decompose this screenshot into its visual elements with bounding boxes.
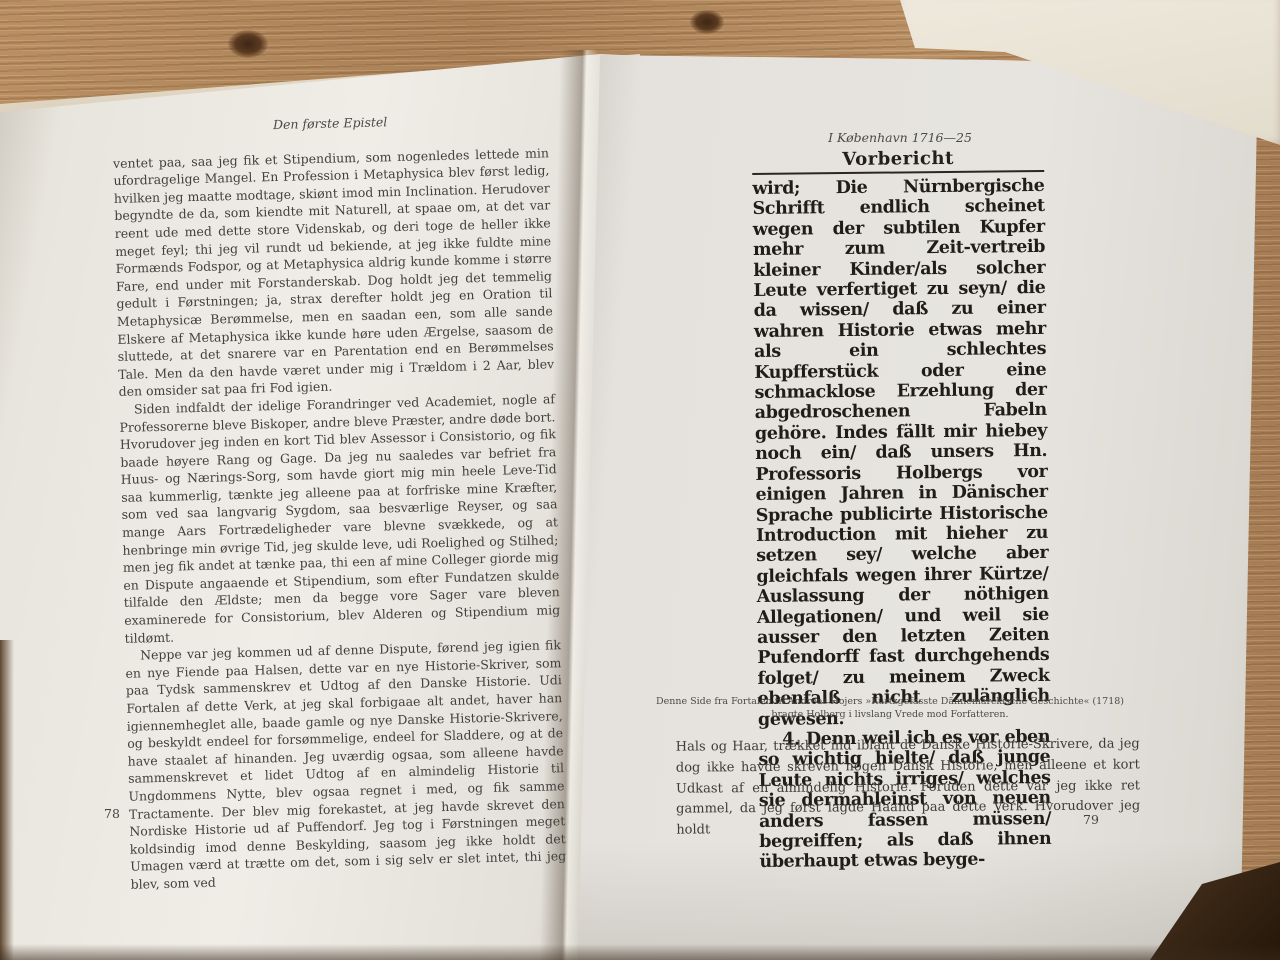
right-page-number: 79 [1083,812,1099,827]
left-paragraph: ventet paa, saa jeg fik et Stipendium, s… [113,144,555,401]
facsimile-paragraph: wird; Die Nürnbergische Schrifft endlich… [752,176,1050,730]
figure-caption: Denne Side fra Fortalen til Andreas Hoje… [640,695,1140,721]
bottom-edge-shadow [0,944,1280,960]
book-photo: Den første Epistel ventet paa, saa jeg f… [0,0,1280,960]
wood-knot [690,10,724,34]
wood-knot [228,30,268,58]
right-running-header: I København 1716—25 [770,130,1030,145]
title-rule [752,170,1044,175]
cover-edge-shadow [0,640,14,960]
caption-line: Denne Side fra Fortalen til Andreas Hoje… [640,695,1140,708]
caption-line: bragte Holberg i livslang Vrede mod Forf… [640,708,1140,721]
left-paragraph: Neppe var jeg kommen ud af denne Dispute… [125,636,567,893]
facsimile-title: Vorbericht [752,147,1044,171]
right-page-bottom-text: Hals og Haar, trækket ind iblant de Dans… [676,734,1141,841]
left-page-text: Den første Epistel ventet paa, saa jeg f… [112,109,567,893]
left-paragraph: Siden indfaldt der idelige Forandringer … [119,390,561,647]
left-page-number: 78 [104,806,120,821]
